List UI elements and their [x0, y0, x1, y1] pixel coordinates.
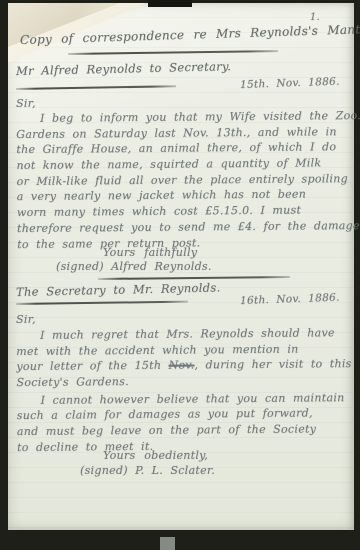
binding-notch-top: [148, 0, 192, 7]
binding-notch-bottom: [160, 537, 175, 550]
letter1-closing: Yours faithfully: [103, 246, 197, 259]
letter1-salutation: Sir,: [16, 97, 36, 110]
letter2-salutation: Sir,: [16, 313, 36, 326]
letter-line: Society's Gardens.: [16, 372, 348, 391]
struck-word: Nov.: [168, 359, 194, 372]
letter2-closing: Yours obediently,: [103, 449, 208, 462]
letter2-signature: (signed) P. L. Sclater.: [80, 464, 215, 477]
letter1-signature: (signed) Alfred Reynolds.: [56, 260, 212, 273]
line-segment: , during her visit to this: [194, 357, 351, 371]
document-photo: 1. Copy of correspondence re Mrs Reynold…: [0, 0, 360, 550]
page-number: 1.: [310, 12, 320, 23]
line-segment: your letter of the 15th: [16, 359, 168, 373]
letter1-body: I beg to inform you that my Wife visited…: [16, 108, 349, 252]
